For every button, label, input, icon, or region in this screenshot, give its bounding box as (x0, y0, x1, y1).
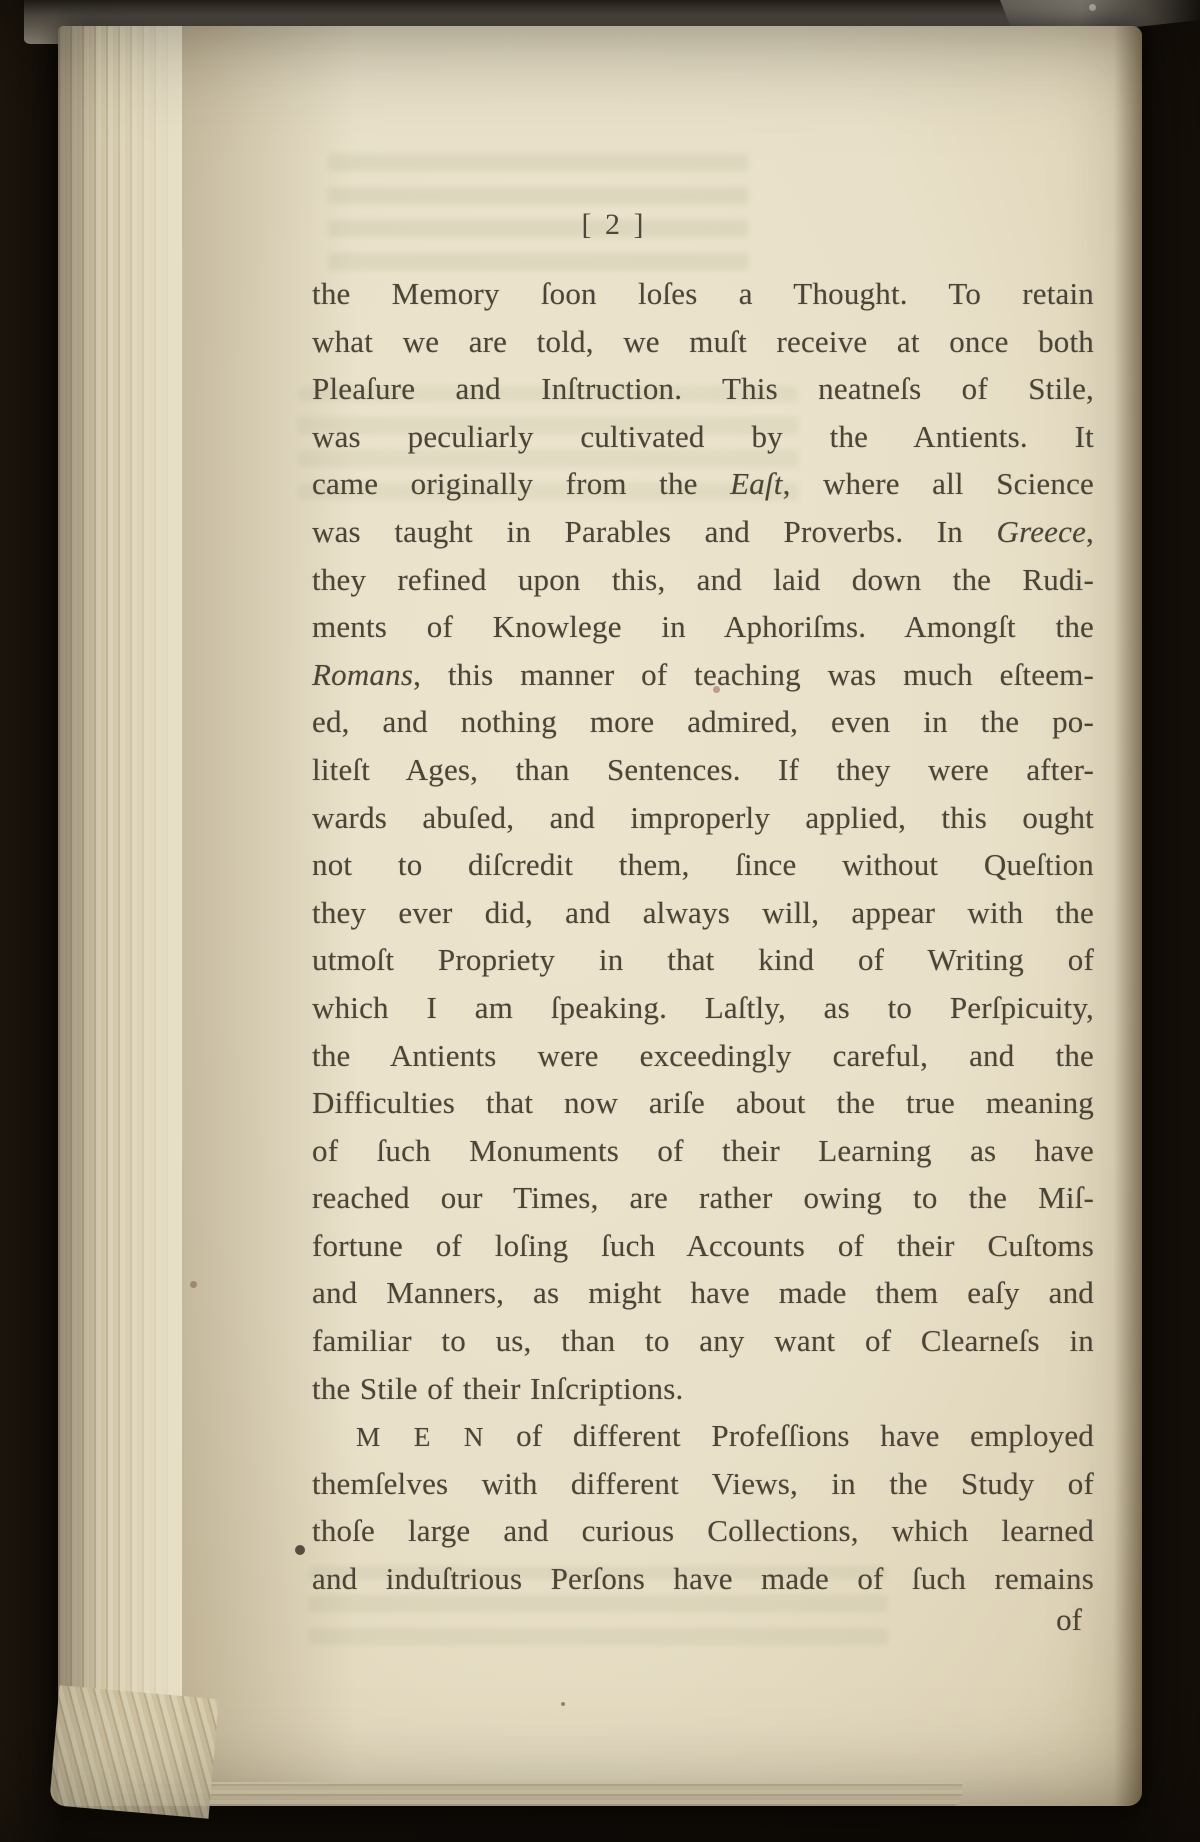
text-line: M E N of different Profeſſions have empl… (312, 1412, 1094, 1460)
text-line: utmoſt Propriety in that kind of Writing… (312, 936, 1094, 984)
text-line: ed, and nothing more admired, even in th… (312, 698, 1094, 746)
text-line: they refined upon this, and laid down th… (312, 556, 1094, 604)
book-page: [ 2 ] the Memory ſoon loſes a Thought. T… (58, 26, 1142, 1806)
catchword: of (312, 1602, 1082, 1638)
text-line: fortune of loſing ſuch Accounts of their… (312, 1222, 1094, 1270)
text-line: ments of Knowlege in Aphoriſms. Amongſt … (312, 603, 1094, 651)
page-corner-curl (49, 1685, 219, 1818)
text-line: came originally from the Eaſt, where all… (312, 460, 1094, 508)
text-line: familiar to us, than to any want of Clea… (312, 1317, 1094, 1365)
text-line: of ſuch Monuments of their Learning as h… (312, 1127, 1094, 1175)
text-line: Difficulties that now ariſe about the tr… (312, 1079, 1094, 1127)
text-line: the Memory ſoon loſes a Thought. To reta… (312, 270, 1094, 318)
text-line: not to diſcredit them, ſince without Que… (312, 841, 1094, 889)
text-line: wards abuſed, and improperly applied, th… (312, 794, 1094, 842)
text-line: they ever did, and always will, appear w… (312, 889, 1094, 937)
foxing-spot (190, 1281, 197, 1288)
page-edges-left (58, 26, 182, 1806)
text-line: themſelves with different Views, in the … (312, 1460, 1094, 1508)
text-line: and Manners, as might have made them eaſ… (312, 1269, 1094, 1317)
text-line: Romans, this manner of teaching was much… (312, 651, 1094, 699)
dust-speck (1089, 4, 1096, 11)
text-block: the Memory ſoon loſes a Thought. To reta… (312, 270, 1094, 1603)
ink-blot (295, 1545, 305, 1555)
text-line: what we are told, we muſt receive at onc… (312, 318, 1094, 366)
text-line: liteſt Ages, than Sentences. If they wer… (312, 746, 1094, 794)
text-line: and induſtrious Perſons have made of ſuc… (312, 1555, 1094, 1603)
text-line: was taught in Parables and Proverbs. In … (312, 508, 1094, 556)
text-line: the Stile of their Inſcriptions. (312, 1365, 1094, 1413)
page-edges-bottom (116, 1782, 962, 1806)
text-line: Pleaſure and Inſtruction. This neatneſs … (312, 365, 1094, 413)
text-line: reached our Times, are rather owing to t… (312, 1174, 1094, 1222)
page-number: [ 2 ] (224, 208, 1004, 242)
text-line: was peculiarly cultivated by the Antient… (312, 413, 1094, 461)
text-line: the Antients were exceedingly careful, a… (312, 1032, 1094, 1080)
text-line: which I am ſpeaking. Laſtly, as to Perſp… (312, 984, 1094, 1032)
text-line: thoſe large and curious Collections, whi… (312, 1507, 1094, 1555)
foxing-spot (561, 1702, 565, 1706)
